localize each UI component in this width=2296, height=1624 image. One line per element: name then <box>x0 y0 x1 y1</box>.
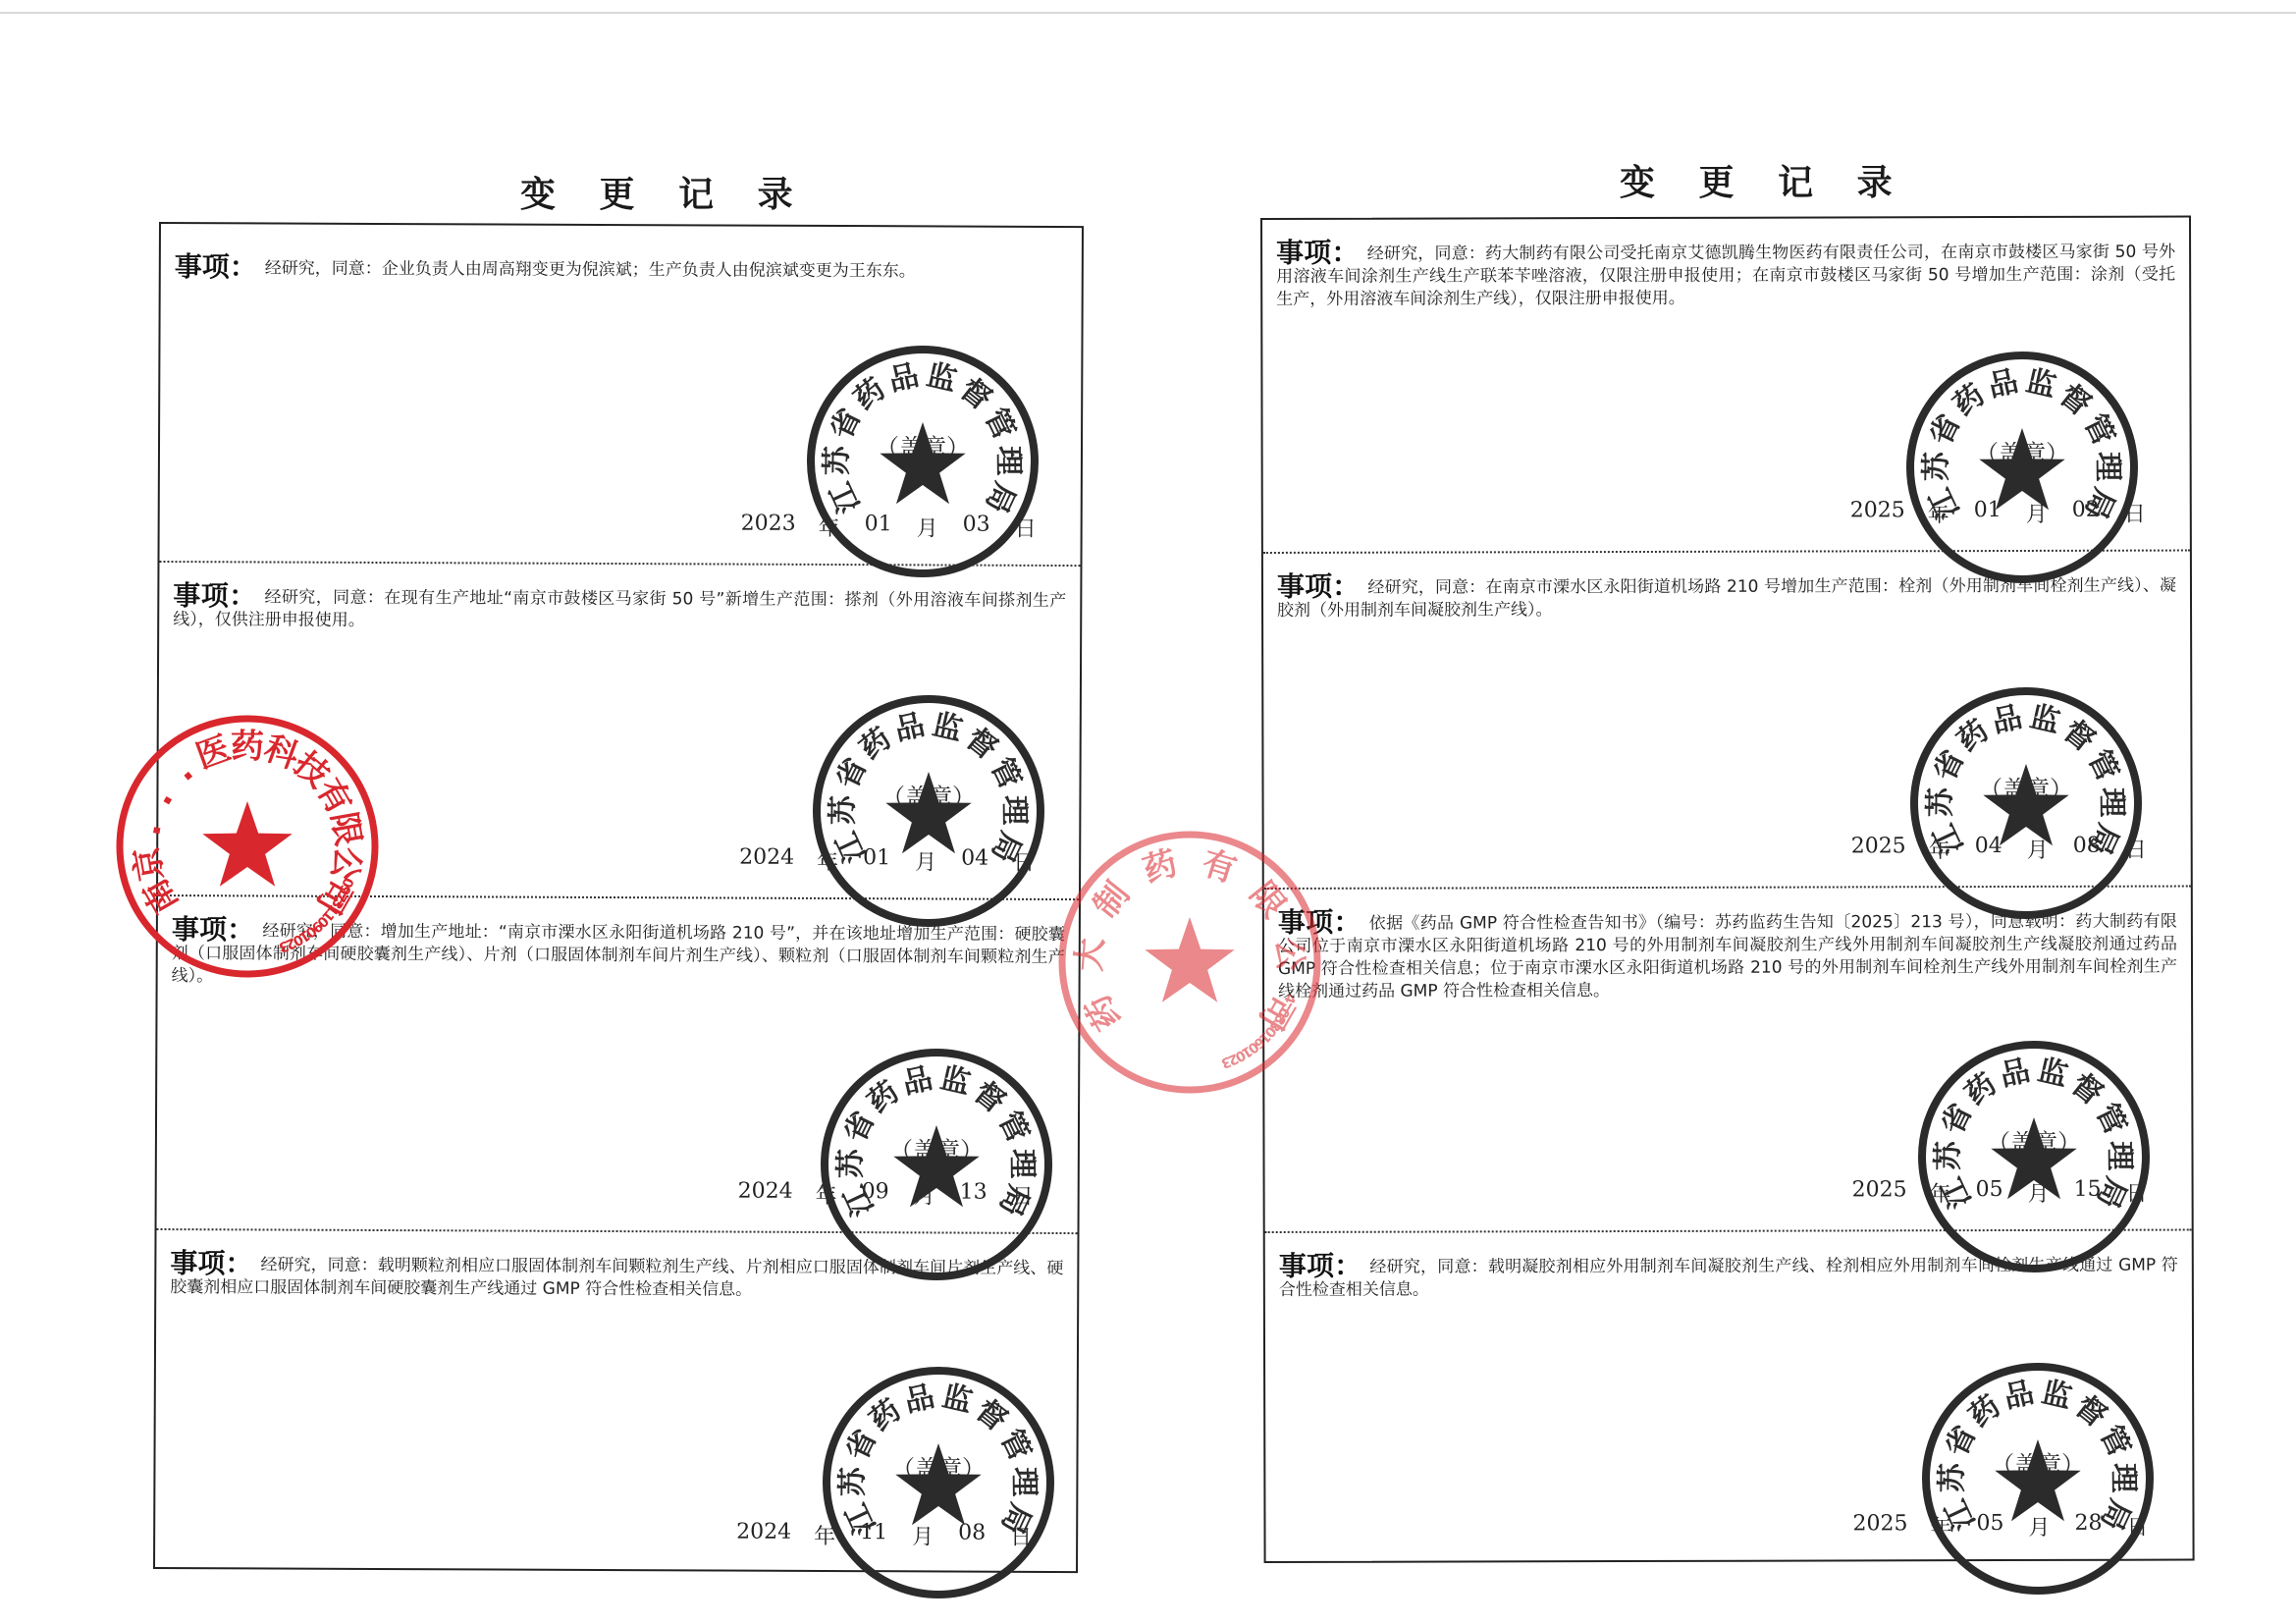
entry-text: 经研究，同意：载明颗粒剂相应口服固体制剂车间颗粒剂生产线、片剂相应口服固体制剂车… <box>170 1255 1063 1299</box>
svg-text:1: 1 <box>1239 1043 1255 1061</box>
svg-text:0: 0 <box>1232 1047 1248 1065</box>
entry-label: 事项： <box>175 250 257 283</box>
entry-text: 经研究，同意：增加生产地址：“南京市溧水区永阳街道机场路 210 号”，并在该地… <box>172 921 1065 986</box>
entry-label: 事项： <box>172 913 255 946</box>
change-entry: 事项：经研究，同意：载明颗粒剂相应口服固体制剂车间颗粒剂生产线、片剂相应口服固体… <box>155 1230 1077 1573</box>
entry-date: 2024年09月13日 <box>738 1179 1042 1211</box>
svg-text:3: 3 <box>1219 1053 1234 1070</box>
left-change-record-table: 事项：经研究，同意：企业负责人由周高翔变更为倪滨斌；生产负责人由倪滨斌变更为王东… <box>153 222 1084 1573</box>
change-entry: 事项：依据《药品 GMP 符合性检查告知书》（编号：苏药监药生告知〔2025〕2… <box>1264 888 2192 1233</box>
scan-edge-line <box>0 12 2296 14</box>
right-change-record-table: 事项：经研究，同意：药大制药有限公司受托南京艾德凯腾生物医药有限责任公司，在南京… <box>1260 216 2195 1563</box>
change-entry: 事项：经研究，同意：在现有生产地址“南京市鼓楼区马家街 50 号”新增生产范围：… <box>158 563 1080 900</box>
entry-label: 事项： <box>1277 570 1361 603</box>
entry-date: 2023年01月03日 <box>741 512 1045 543</box>
change-entry: 事项：经研究，同意：企业负责人由周高翔变更为倪滨斌；生产负责人由倪滨斌变更为王东… <box>159 224 1081 567</box>
change-entry: 事项：经研究，同意：在南京市溧水区永阳街道机场路 210 号增加生产范围：栓剂（… <box>1263 552 2191 890</box>
entry-date: 2024年01月04日 <box>739 845 1043 877</box>
svg-text:药: 药 <box>1139 843 1182 891</box>
left-page-title: 变 更 记 录 <box>520 167 809 217</box>
entry-date: 2025年01月02日 <box>1850 498 2155 529</box>
entry-label: 事项： <box>1278 906 1362 939</box>
entry-label: 事项： <box>170 1247 252 1279</box>
svg-text:2: 2 <box>1225 1050 1240 1068</box>
entry-text: 经研究，同意：在南京市溧水区永阳街道机场路 210 号增加生产范围：栓剂（外用制… <box>1277 576 2176 621</box>
entry-date: 2024年11月08日 <box>736 1520 1041 1551</box>
svg-text:制: 制 <box>1086 875 1137 926</box>
entry-text: 经研究，同意：在现有生产地址“南京市鼓楼区马家街 50 号”新增生产范围：搽剂（… <box>173 587 1066 629</box>
entry-label: 事项： <box>173 579 256 612</box>
svg-text:0: 0 <box>1245 1038 1262 1056</box>
entry-text: 经研究，同意：药大制药有限公司受托南京艾德凯腾生物医药有限责任公司，在南京市鼓楼… <box>1276 243 2175 309</box>
change-entry: 事项：经研究，同意：增加生产地址：“南京市溧水区永阳街道机场路 210 号”，并… <box>157 896 1079 1234</box>
entry-label: 事项： <box>1279 1250 1362 1282</box>
entry-text: 依据《药品 GMP 符合性检查告知书》（编号：苏药监药生告知〔2025〕213 … <box>1278 912 2177 1001</box>
entry-text: 经研究，同意：企业负责人由周高翔变更为倪滨斌；生产负责人由倪滨斌变更为王东东。 <box>265 258 916 281</box>
change-entry: 事项：经研究，同意：药大制药有限公司受托南京艾德凯腾生物医药有限责任公司，在南京… <box>1262 218 2190 554</box>
change-entry: 事项：经研究，同意：载明凝胶剂相应外用制剂车间凝胶剂生产线、栓剂相应外用制剂车间… <box>1265 1231 2193 1565</box>
right-page-title: 变 更 记 录 <box>1620 155 1908 205</box>
entry-date: 2025年05月15日 <box>1852 1177 2157 1209</box>
svg-text:有: 有 <box>1198 843 1241 891</box>
entry-label: 事项： <box>1276 237 1360 269</box>
svg-text:药: 药 <box>1078 988 1129 1036</box>
entry-date: 2025年05月28日 <box>1852 1511 2157 1543</box>
entry-date: 2025年04月08日 <box>1851 834 2156 865</box>
entry-text: 经研究，同意：载明凝胶剂相应外用制剂车间凝胶剂生产线、栓剂相应外用制剂车间栓剂生… <box>1279 1256 2178 1300</box>
